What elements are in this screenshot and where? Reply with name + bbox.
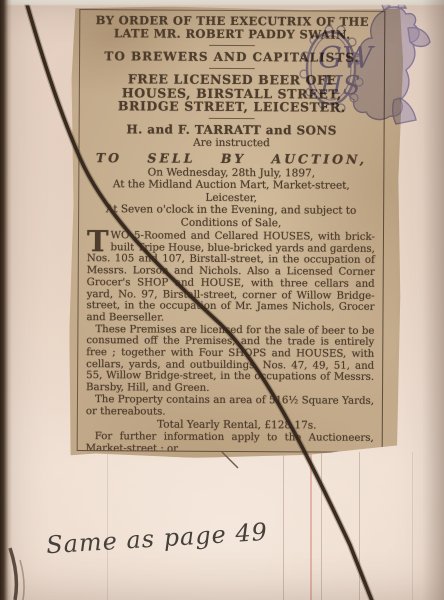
logo-letters-hs: HS [319,71,361,101]
clipping-sell-by-auction-line: TO SELL BY AUCTION, [87,150,375,168]
photo-top-edge [0,0,444,6]
clipping-venue-line1: At the Midland Auction Mart, Market-stre… [87,178,375,192]
ledger-rule-line [107,452,108,600]
clipping-paragraph-1: TWO 5-Roomed and Cellared HOUSES, with b… [86,230,375,325]
clipping-paragraph-2: These Premises are licensed for the sale… [86,324,374,396]
book-spine-edge [0,0,12,600]
clipping-time-line1: At Seven o'clock in the Evening, and sub… [87,203,375,217]
ledger-rule-line [321,452,322,600]
divider-rule [209,45,255,46]
drop-cap: T [87,230,111,253]
page-right-shadow [422,0,444,600]
divider-rule [209,68,255,69]
clipping-instructed-line: Are instructed [88,136,376,150]
ledger-rule-line [359,452,360,600]
clipping-paragraph-1-text: WO 5-Roomed and Cellared HOUSES, with br… [86,230,375,323]
ledger-rule-line [412,452,413,600]
clipping-paragraph-3: The Property contains an area of 516½ Sq… [86,394,374,419]
divider-rule [209,117,255,118]
gwhs-society-stamp-icon: GW HS [296,0,442,130]
ledger-rule-line-red [310,452,312,600]
clipping-apply-line: For further information apply to the Auc… [86,431,374,453]
